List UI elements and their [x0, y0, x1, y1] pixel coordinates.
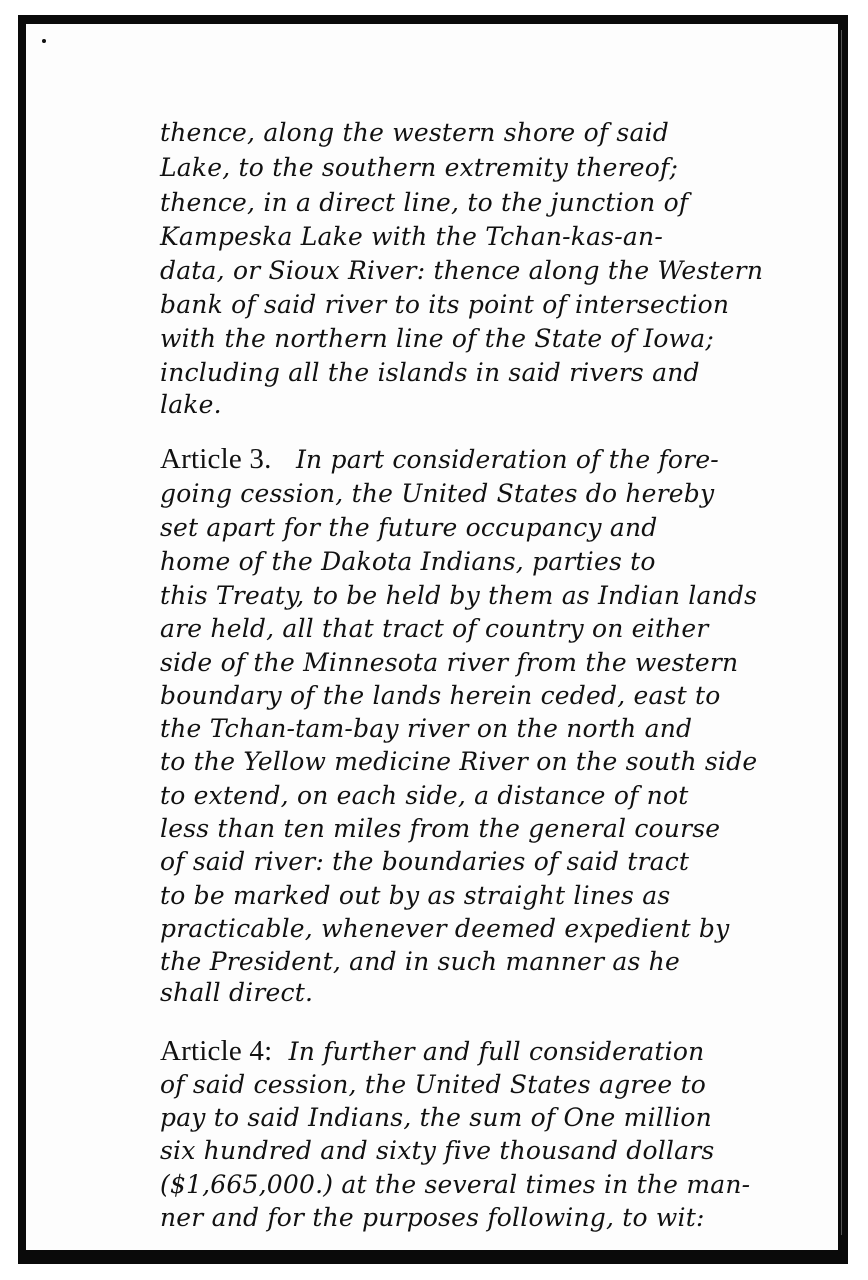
manuscript-line: In further and full consideration	[289, 1037, 705, 1066]
manuscript-line: lake.	[160, 390, 840, 420]
manuscript-line: data, or Sioux River: thence along the W…	[160, 256, 840, 286]
manuscript-line: In part consideration of the fore-	[296, 445, 719, 474]
manuscript-line: ($1,665,000.) at the several times in th…	[160, 1170, 840, 1200]
manuscript-line: including all the islands in said rivers…	[160, 358, 840, 388]
manuscript-line: Lake, to the southern extremity thereof;	[160, 153, 840, 183]
manuscript-line: thence, along the western shore of said	[160, 118, 840, 148]
manuscript-line: going cession, the United States do here…	[160, 479, 840, 509]
manuscript-line: of said river: the boundaries of said tr…	[160, 847, 840, 877]
manuscript-line: ner and for the purposes following, to w…	[160, 1203, 840, 1233]
manuscript-line: Kampeska Lake with the Tchan-kas-an-	[160, 222, 840, 252]
manuscript-line: are held, all that tract of country on e…	[160, 614, 840, 644]
manuscript-line: side of the Minnesota river from the wes…	[160, 648, 840, 678]
article-4-heading: Article 4:	[160, 1035, 272, 1067]
manuscript-line: six hundred and sixty five thousand doll…	[160, 1136, 840, 1166]
manuscript-line: the President, and in such manner as he	[160, 947, 840, 977]
manuscript-line: pay to said Indians, the sum of One mill…	[160, 1103, 840, 1133]
article-3-first-line: Article 3. In part consideration of the …	[160, 444, 840, 475]
manuscript-line: to the Yellow medicine River on the sout…	[160, 747, 840, 777]
page-edge-rule	[841, 30, 842, 1235]
manuscript-line: of said cession, the United States agree…	[160, 1070, 840, 1100]
manuscript-line: home of the Dakota Indians, parties to	[160, 547, 840, 577]
article-3-heading: Article 3.	[160, 443, 272, 475]
ink-speck	[42, 39, 46, 43]
manuscript-line: set apart for the future occupancy and	[160, 513, 840, 543]
article-4-first-line: Article 4: In further and full considera…	[160, 1036, 840, 1067]
manuscript-line: shall direct.	[160, 978, 840, 1008]
manuscript-line: boundary of the lands herein ceded, east…	[160, 681, 840, 711]
manuscript-line: bank of said river to its point of inter…	[160, 290, 840, 320]
manuscript-line: to be marked out by as straight lines as	[160, 881, 840, 911]
manuscript-line: the Tchan-tam-bay river on the north and	[160, 714, 840, 744]
manuscript-line: practicable, whenever deemed expedient b…	[160, 914, 840, 944]
manuscript-line: with the northern line of the State of I…	[160, 324, 840, 354]
manuscript-line: less than ten miles from the general cou…	[160, 814, 840, 844]
manuscript-line: to extend, on each side, a distance of n…	[160, 781, 840, 811]
manuscript-line: thence, in a direct line, to the junctio…	[160, 188, 840, 218]
manuscript-line: this Treaty, to be held by them as India…	[160, 581, 840, 611]
